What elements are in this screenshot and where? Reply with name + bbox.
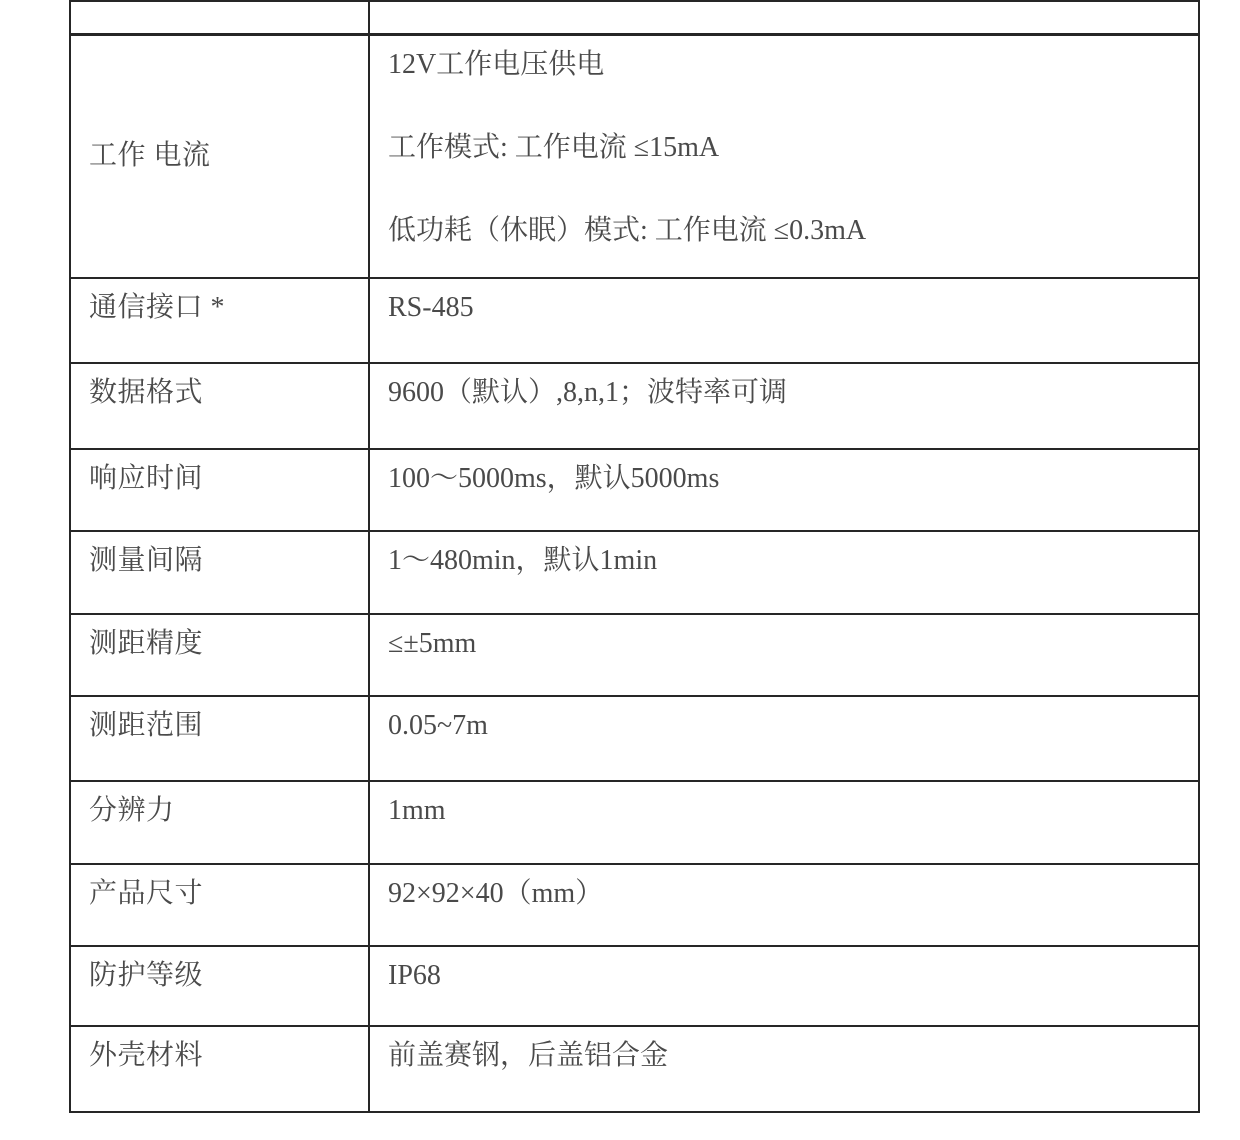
table-row: 产品尺寸92×92×40（mm） xyxy=(70,864,1199,946)
spec-value-line: 1～480min，默认1min xyxy=(388,544,1186,578)
spec-value-line: 9600（默认）,8,n,1；波特率可调 xyxy=(388,376,1186,410)
spec-value: ≤±5mm xyxy=(369,614,1199,696)
spec-value xyxy=(369,1,1199,34)
spec-value: 1mm xyxy=(369,781,1199,864)
spec-value-line: ≤±5mm xyxy=(388,627,1186,661)
spec-value: RS-485 xyxy=(369,278,1199,363)
spec-label: 响应时间 xyxy=(70,449,369,531)
spec-table-body: 工作 电流12V工作电压供电工作模式: 工作电流 ≤15mA低功耗（休眠）模式:… xyxy=(70,1,1199,1112)
spec-label: 数据格式 xyxy=(70,363,369,449)
spec-label: 防护等级 xyxy=(70,946,369,1026)
spec-value-line: 0.05~7m xyxy=(388,709,1186,743)
spec-label: 分辨力 xyxy=(70,781,369,864)
spec-label xyxy=(70,1,369,34)
table-row xyxy=(70,1,1199,34)
table-row: 工作 电流12V工作电压供电工作模式: 工作电流 ≤15mA低功耗（休眠）模式:… xyxy=(70,34,1199,278)
spec-value-line: 前盖赛钢，后盖铝合金 xyxy=(388,1039,1186,1073)
table-row: 数据格式9600（默认）,8,n,1；波特率可调 xyxy=(70,363,1199,449)
spec-label: 工作 电流 xyxy=(70,34,369,278)
spec-value: 前盖赛钢，后盖铝合金 xyxy=(369,1026,1199,1112)
spec-value: IP68 xyxy=(369,946,1199,1026)
table-row: 测距范围0.05~7m xyxy=(70,696,1199,781)
spec-label: 测量间隔 xyxy=(70,531,369,614)
spec-value-line: 低功耗（休眠）模式: 工作电流 ≤0.3mA xyxy=(388,214,1186,248)
spec-label: 通信接口 * xyxy=(70,278,369,363)
table-row: 外壳材料前盖赛钢，后盖铝合金 xyxy=(70,1026,1199,1112)
table-row: 通信接口 *RS-485 xyxy=(70,278,1199,363)
table-row: 防护等级IP68 xyxy=(70,946,1199,1026)
table-row: 测距精度≤±5mm xyxy=(70,614,1199,696)
spec-value: 92×92×40（mm） xyxy=(369,864,1199,946)
spec-value-line: 12V工作电压供电 xyxy=(388,48,1186,82)
spec-value: 12V工作电压供电工作模式: 工作电流 ≤15mA低功耗（休眠）模式: 工作电流… xyxy=(369,34,1199,278)
spec-value-line: 工作模式: 工作电流 ≤15mA xyxy=(388,131,1186,165)
spec-value: 100～5000ms，默认5000ms xyxy=(369,449,1199,531)
document-page: 工作 电流12V工作电压供电工作模式: 工作电流 ≤15mA低功耗（休眠）模式:… xyxy=(0,0,1240,1140)
table-row: 响应时间100～5000ms，默认5000ms xyxy=(70,449,1199,531)
spec-label: 产品尺寸 xyxy=(70,864,369,946)
spec-value-line: 1mm xyxy=(388,794,1186,828)
spec-value: 9600（默认）,8,n,1；波特率可调 xyxy=(369,363,1199,449)
table-row: 分辨力1mm xyxy=(70,781,1199,864)
spec-label: 测距范围 xyxy=(70,696,369,781)
spec-value-line: 92×92×40（mm） xyxy=(388,877,1186,911)
spec-value: 0.05~7m xyxy=(369,696,1199,781)
spec-value-line: RS-485 xyxy=(388,291,1186,325)
spec-value: 1～480min，默认1min xyxy=(369,531,1199,614)
spec-value-line: 100～5000ms，默认5000ms xyxy=(388,462,1186,496)
table-row: 测量间隔1～480min，默认1min xyxy=(70,531,1199,614)
spec-label: 外壳材料 xyxy=(70,1026,369,1112)
spec-label: 测距精度 xyxy=(70,614,369,696)
spec-table: 工作 电流12V工作电压供电工作模式: 工作电流 ≤15mA低功耗（休眠）模式:… xyxy=(69,0,1200,1113)
spec-value-line: IP68 xyxy=(388,959,1186,993)
